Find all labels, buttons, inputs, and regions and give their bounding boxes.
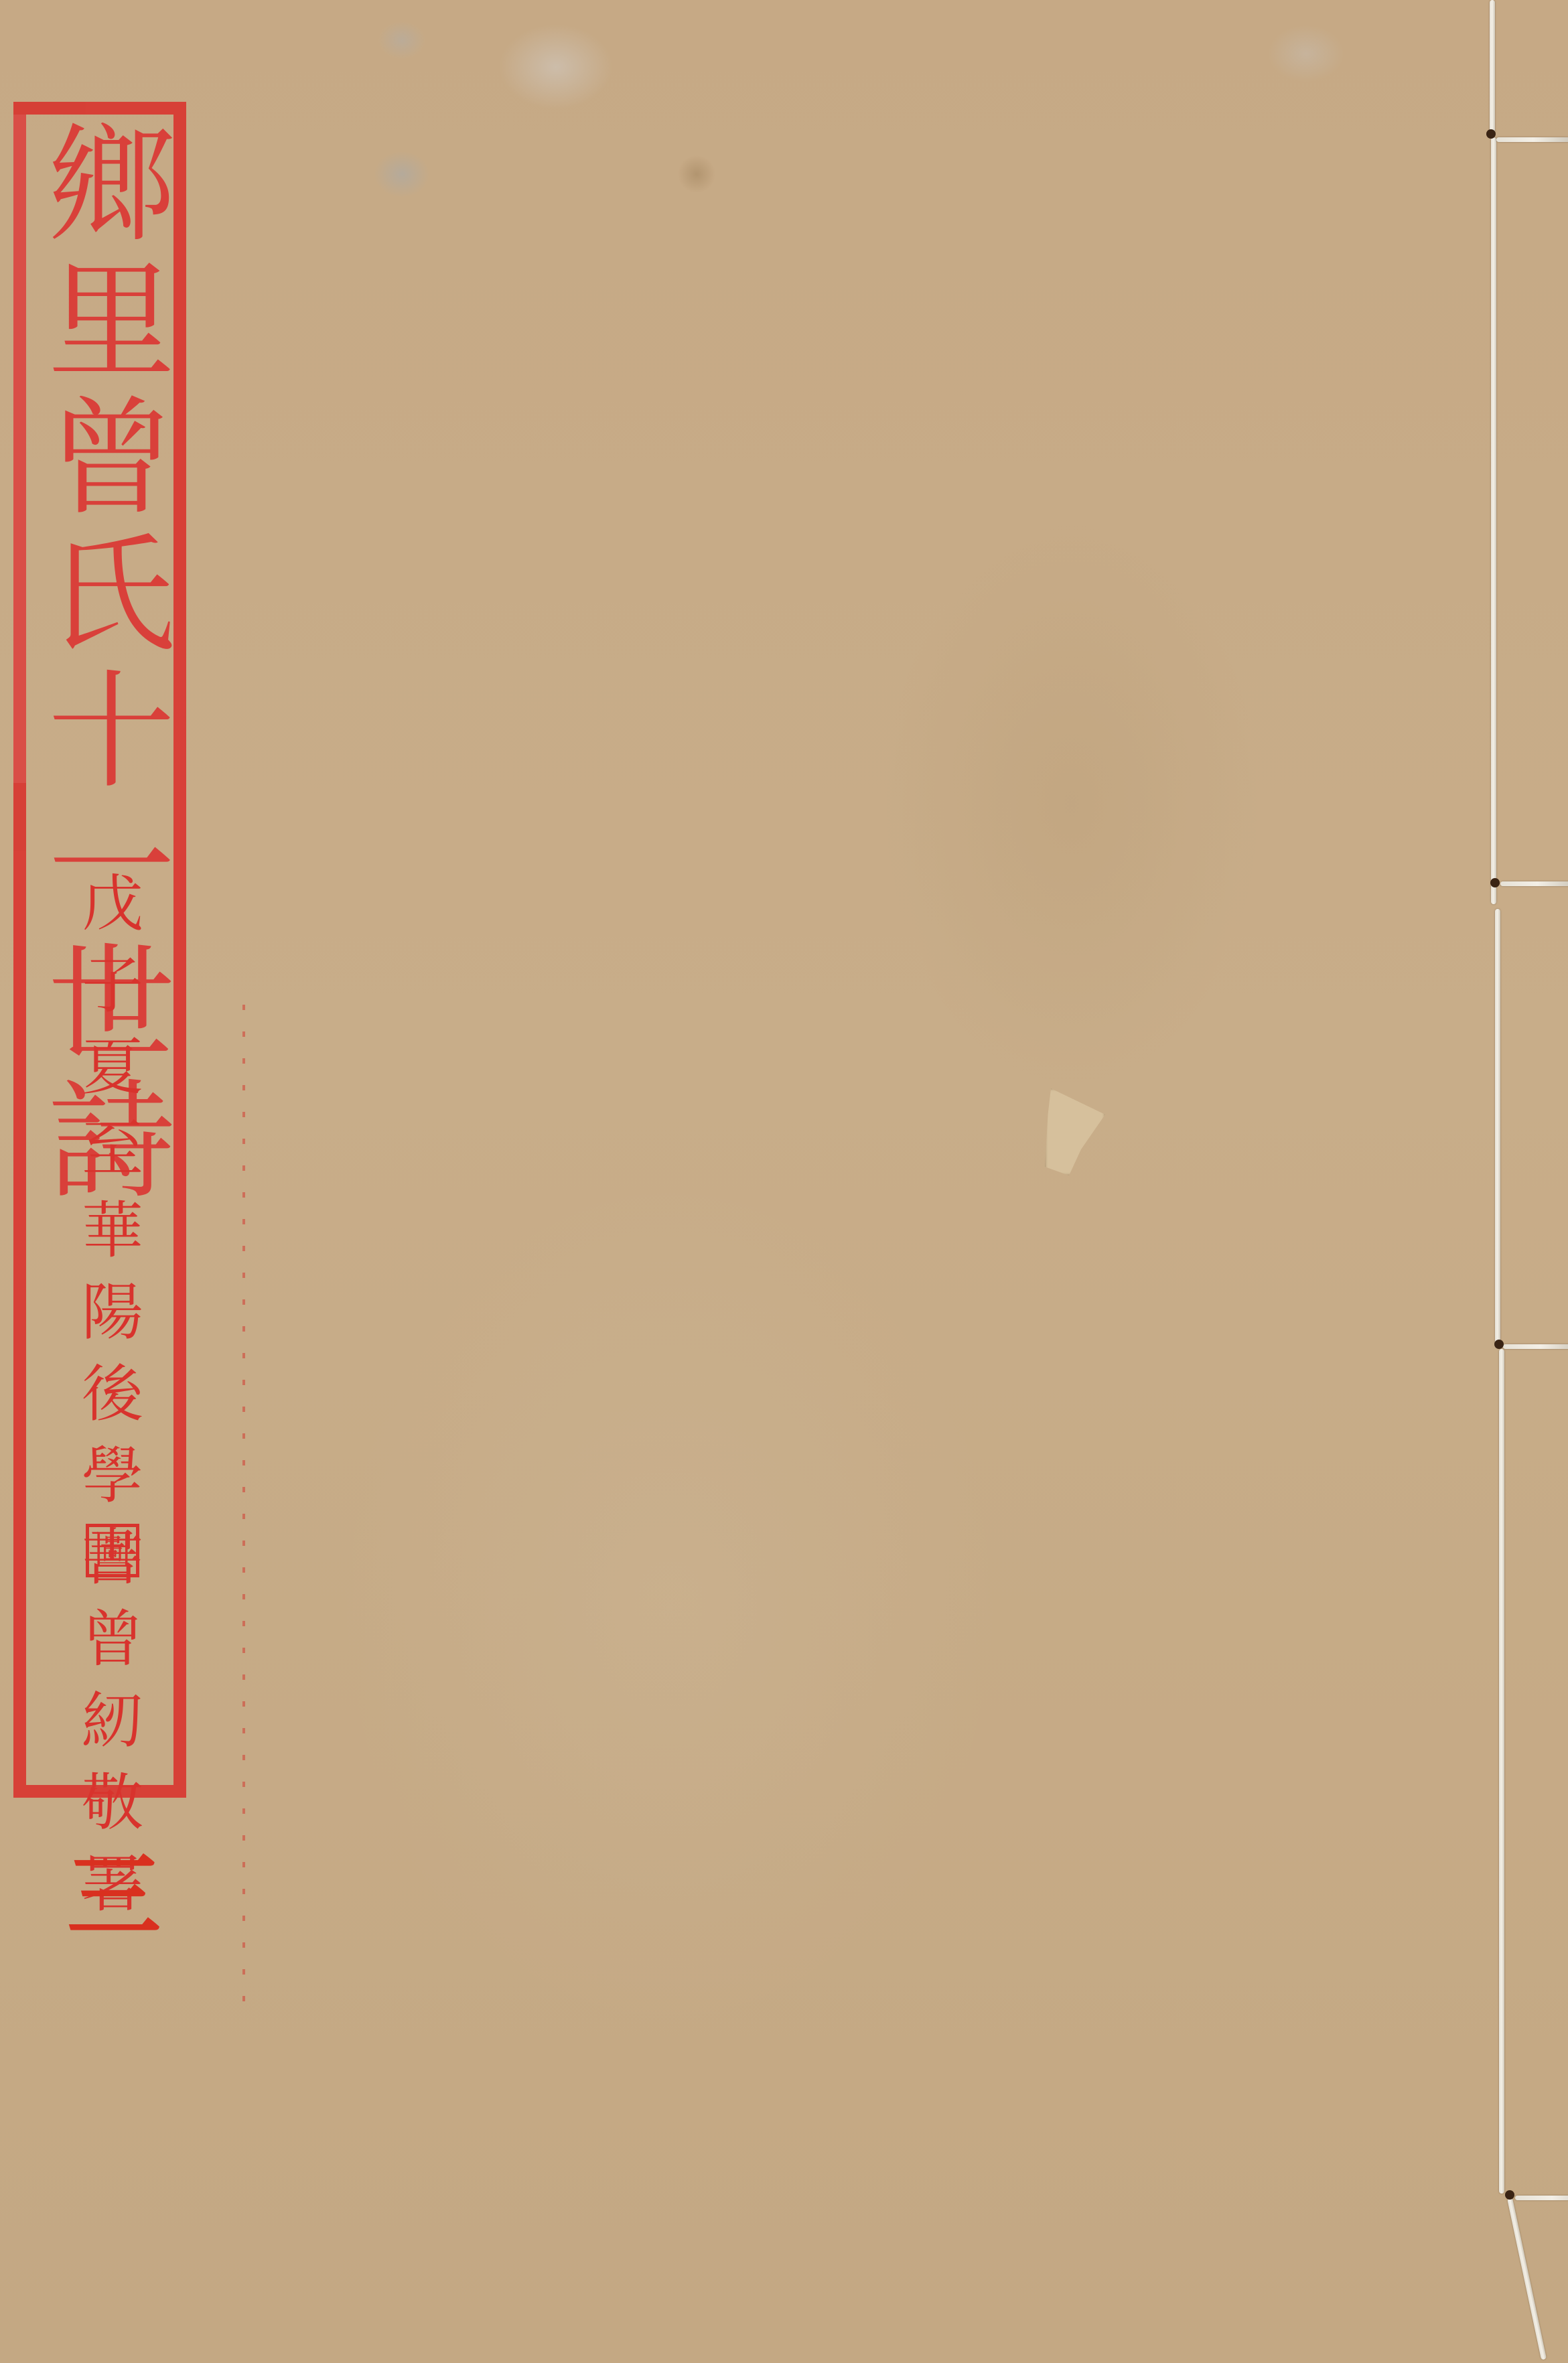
binding-thread-cross <box>1500 881 1568 886</box>
faint-red-dotted-line <box>242 1005 245 2009</box>
binding-thread-cross <box>1503 1344 1568 1349</box>
binding-thread-cross <box>1515 2196 1568 2200</box>
binding-thread-segment <box>1499 1349 1504 2194</box>
book-cover-paper <box>0 0 1568 2363</box>
volume-number: 三 <box>67 1822 161 1956</box>
binding-thread-segment <box>1490 0 1495 133</box>
binding-thread-segment <box>1495 909 1500 1344</box>
binding-thread-segment <box>1491 137 1496 904</box>
stitch-hole <box>1490 878 1500 887</box>
seal-stamp: 圖 <box>86 1524 139 1577</box>
stitch-hole <box>1494 1340 1504 1349</box>
inscription: 戊子夏至華陽後學書曾紉敬署 <box>74 871 141 1933</box>
stitch-hole <box>1505 2190 1514 2200</box>
binding-thread-cross <box>1496 137 1568 142</box>
stitch-hole <box>1486 129 1496 139</box>
